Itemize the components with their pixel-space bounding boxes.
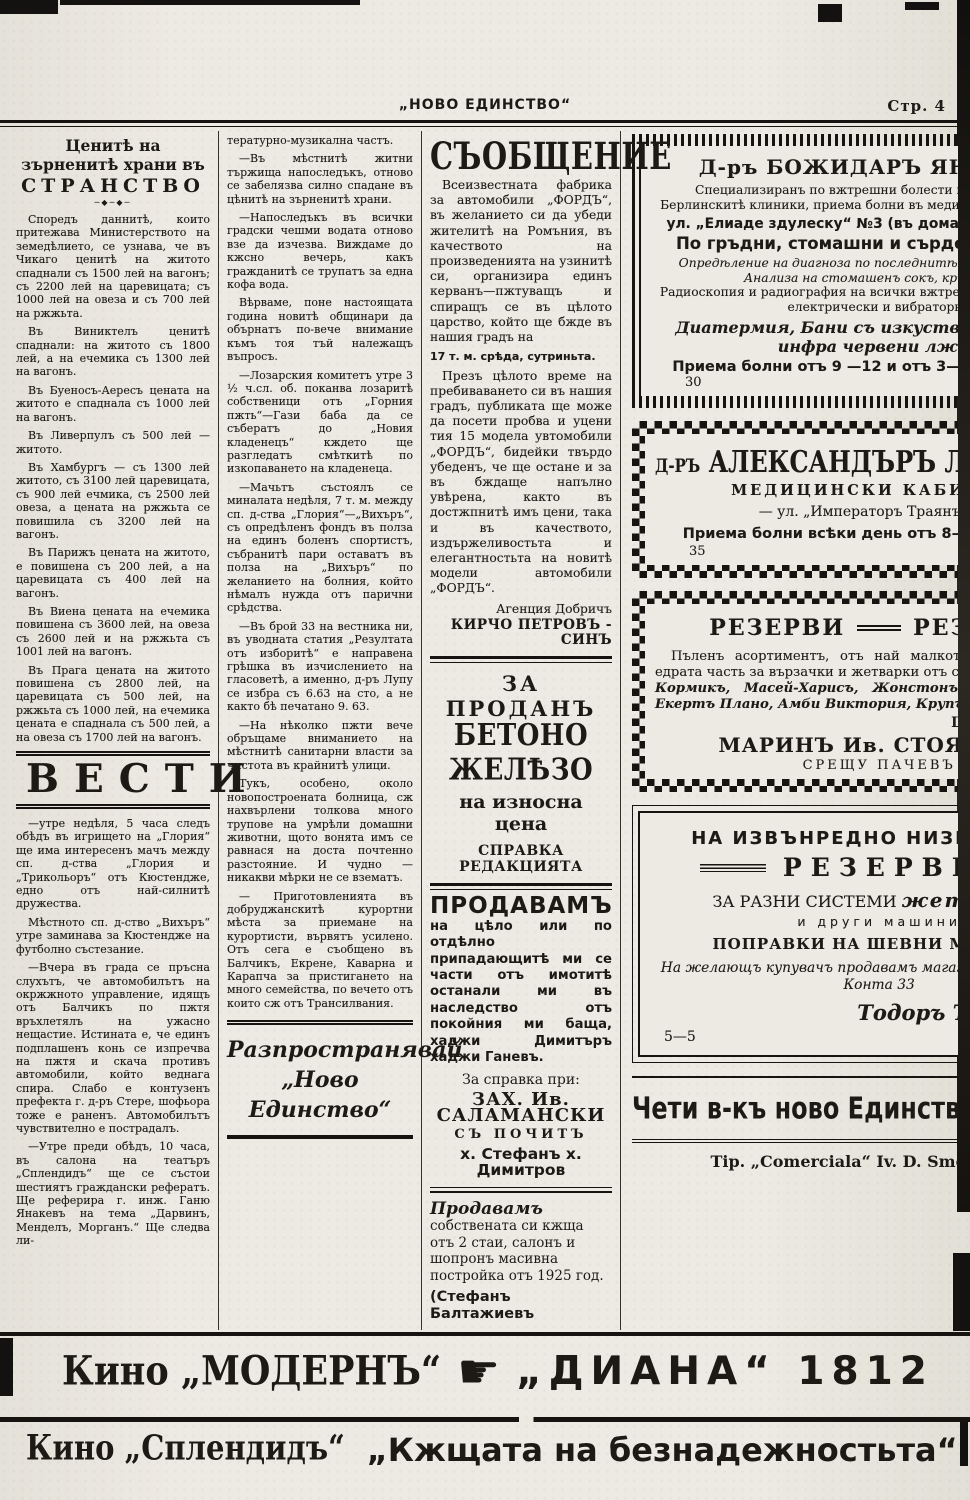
column-2: тературно-музикална частъ. —Въ мѣстнитѣ … — [219, 131, 422, 1330]
ad-rezervi-title: РЕЗЕРВИ РЕЗЕРВИ — [655, 615, 958, 641]
bottom-rule — [0, 1332, 970, 1336]
ad-nizki-line3: ЗА РАЗНИ СИСТЕМИ жетварки — [650, 888, 958, 912]
paragraph: Вѣрваме, поне настоящата година новитѣ о… — [227, 296, 413, 363]
paragraph: Въ Прага цената на житото повишена съ 28… — [16, 664, 210, 744]
ad-doctor-yanakev: Д-ръ БОЖИДАРЪ ЯНАКЕВЪ Специализиранъ по … — [632, 134, 958, 408]
vesti-title: ВЕСТИ — [16, 757, 210, 801]
ad-cabinet-numbers: 35 10—4 — [655, 544, 958, 559]
checkered-border: РЕЗЕРВИ РЕЗЕРВИ Пъленъ асортиментъ, отъ … — [632, 591, 958, 793]
equals-rule — [857, 625, 901, 631]
ad-doctor-line6: Диатермия, Бани съ изкуствено слънце и и… — [651, 318, 958, 356]
paragraph: —утре недѣля, 5 часа следъ обѣдъ въ игри… — [16, 817, 210, 911]
za-prodan-line3: на износна цена — [430, 791, 612, 835]
column-1: Ценитѣ на зърненитѣ храни въ СТРАНСТВО ─… — [8, 131, 219, 1330]
sale-ad-1-sub: СЪ ПОЧИТЪ — [430, 1127, 612, 1143]
sale-ad-2-body: собствената си кжща отъ 2 стаи, салонъ и… — [430, 1218, 604, 1284]
sale-ad-2-text: Продавамъ собствената си кжща отъ 2 стаи… — [430, 1201, 612, 1285]
column-3: СЪОБЩЕНИЕ Всеизвестната фабрика за автом… — [422, 131, 621, 1330]
announcement-title: СЪОБЩЕНИЕ — [430, 134, 612, 178]
paragraph: —Лозарския комитетъ утре 3 ½ ч.сл. об. п… — [227, 369, 413, 476]
ad-rezervi-body: Пъленъ асортиментъ, отъ най малкото шуру… — [655, 649, 958, 714]
paragraph: —Напоследъкъ въ всички градски чешми вод… — [227, 211, 413, 291]
pointing-hand-icon: ☛ — [457, 1352, 500, 1392]
paragraph: —На нѣколко пжти вече обръщаме вниманиет… — [227, 719, 413, 773]
section-rule — [430, 656, 612, 663]
ad-nizki-line4: и други машини — [650, 914, 958, 929]
newspaper-page: „НОВО ЕДИНСТВО“ Стр. 4 Ценитѣ на зърнени… — [0, 0, 970, 1500]
ad-nizki-number: 5—5 — [650, 1029, 958, 1045]
sale-ad-2-lead: Продавамъ — [430, 1199, 543, 1219]
scan-artifact — [960, 1420, 968, 1466]
za-prodan-line1: ЗА ПРОДАНЪ — [430, 671, 612, 721]
cinema-splendid-label: Кино „Сплендидъ“ — [26, 1427, 345, 1468]
ad-doctor-line4: Опредѣление на диагноза по последнитѣ на… — [651, 256, 958, 285]
cinema-splendid-film: „Кжщата на безнадежностьта“ — [367, 1431, 958, 1469]
ad-nizki-line3b: жетварки — [902, 888, 958, 912]
paragraph: Въ Виниктелъ ценитѣ спаднали: на житото … — [16, 325, 210, 379]
cinema-banner-2: Кино „Сплендидъ“ „Кжщата на безнадежност… — [26, 1431, 954, 1469]
ad-nizki-line1: НА ИЗВЪНРЕДНО НИЗКИ ЦѢНИ — [650, 828, 958, 849]
ad-rezervi-title-left: РЕЗЕРВИ — [709, 615, 845, 641]
section-rule — [430, 1187, 612, 1193]
sale-ad-2-signature: (Стефанъ Балтажиевъ — [430, 1289, 612, 1322]
ad-cabinet-address: — ул. „Императоръ Траянъ“ 7 — — [655, 504, 958, 520]
paragraph: Въ Виена цената на ечемика повишена съ 3… — [16, 605, 210, 659]
signature-name: КИРЧО ПЕТРОВЪ - СИНЪ — [430, 618, 612, 648]
sale-ad-1-body: на цѣло или по отдѣлно припадающитѣ ми с… — [430, 919, 612, 1065]
paragraph: —Вчера въ града се пръсна слухътъ, че ав… — [16, 961, 210, 1135]
ad-doctor-line1: Специализиранъ по вжтрешни болести и рад… — [651, 183, 958, 212]
ad-rezervi: РЕЗЕРВИ РЕЗЕРВИ Пъленъ асортиментъ, отъ … — [632, 591, 958, 793]
paragraph: Презъ цѣлото време на пребиваването си в… — [430, 369, 612, 597]
self-promo: Разпространявай „Ново Единство“ — [227, 1020, 413, 1125]
cinema-modern-film: „ДИАНА“ 1812 — [516, 1349, 934, 1394]
scan-artifact — [905, 2, 939, 10]
vesti-header: ВЕСТИ — [16, 751, 210, 809]
paragraph: Въ Буеносъ-Аересъ цената на житото е спа… — [16, 384, 210, 424]
ad-nizki-line5: ПОПРАВКИ НА ШЕВНИ МАШИНИ — [650, 935, 958, 953]
read-newspaper-text: Чети в-къ ново Единство — [632, 1091, 958, 1126]
ad-cabinet-lyubchak: Д-РЪ АЛЕКСАНДЪРЪ ЛЮБЧАКЪ МЕДИЦИНСКИ КАБИ… — [632, 421, 958, 578]
paragraph: Споредъ даннитѣ, които притежава Министе… — [16, 213, 210, 320]
scan-artifact — [957, 0, 970, 1212]
paragraph: —Въ брой 33 на вестника ни, въ уводната … — [227, 620, 413, 714]
paragraph: Всеизвестната фабрика за автомобили „ФОР… — [430, 178, 612, 345]
scan-artifact — [60, 0, 360, 5]
scan-artifact — [0, 0, 58, 14]
ad-doctor-numbers: 30 20—18 — [651, 375, 958, 390]
promo-rule — [227, 1135, 413, 1139]
sale-ad-1-name: ЗАХ. Ив. САЛАМАНСКИ — [430, 1092, 612, 1125]
sale-ad-1-text: ПРОДАВАМЪ на цѣло или по отдѣлно припада… — [430, 898, 612, 1066]
paragraph: —Въ мѣстнитѣ житни тържища напоследъкъ, … — [227, 152, 413, 206]
ad-rezervi-title-right: РЕЗЕРВИ — [913, 615, 958, 641]
banner-divider-rule — [0, 1417, 970, 1422]
article-title-line2: СТРАНСТВО — [16, 175, 210, 197]
sale-ad-1: ПРОДАВАМЪ на цѣло или по отдѣлно припада… — [430, 898, 612, 1179]
ad-nizki-line3a: ЗА РАЗНИ СИСТЕМИ — [712, 892, 896, 911]
ad-doctor-line5: Радиоскопия и радиография на всички вжтр… — [651, 285, 958, 314]
ad-doctor-title: Д-ръ БОЖИДАРЪ ЯНАКЕВЪ — [651, 155, 958, 179]
paragraph: — Приготовленията въ добруджанскитѣ куро… — [227, 890, 413, 1011]
ad-nizki-ceni: НА ИЗВЪНРЕДНО НИЗКИ ЦѢНИ РЕЗЕРВИ ЗА РАЗН… — [632, 805, 958, 1063]
cinema-modern-label: Кино „МОДЕРНЪ“ — [62, 1348, 441, 1395]
columns: Ценитѣ на зърненитѣ храни въ СТРАНСТВО ─… — [8, 131, 958, 1330]
header-rule — [0, 120, 970, 127]
sale-ad-2: Продавамъ собствената си кжща отъ 2 стаи… — [430, 1201, 612, 1323]
sale-ad-1-name2: х. Стефанъ х. Димитров — [430, 1146, 612, 1179]
article-title-line1: Ценитѣ на зърненитѣ храни въ — [16, 136, 210, 174]
ad-nizki-rezervi: РЕЗЕРВИ — [774, 853, 958, 882]
promo-line2: „Ново Единство“ — [227, 1065, 413, 1125]
column-4-ads: Д-ръ БОЖИДАРЪ ЯНАКЕВЪ Специализиранъ по … — [621, 131, 958, 1330]
lined-border: НА ИЗВЪНРЕДНО НИЗКИ ЦѢНИ РЕЗЕРВИ ЗА РАЗН… — [632, 805, 958, 1063]
paragraph: Въ Хамбургъ — съ 1300 лей житото, съ 310… — [16, 461, 210, 541]
ad-number-left: 35 — [689, 544, 706, 559]
page-number: Стр. 4 — [887, 97, 946, 115]
sale-ad-1-ref: За справка при: — [430, 1072, 612, 1088]
scan-artifact — [0, 1338, 13, 1396]
read-newspaper-banner: Чети в-къ ново Единство — [632, 1076, 958, 1131]
ornament-icon: ─◆─◆─ — [16, 198, 210, 207]
za-prodan-ad: ЗА ПРОДАНЪ БЕТОНО ЖЕЛѢЗО на износна цена… — [430, 671, 612, 875]
announcement-date: 17 т. м. срѣда, сутриньта. — [430, 350, 612, 363]
ad-rezervi-note: Ще намѣрите при: — [655, 715, 958, 731]
ad-doctor-specialty: По гръдни, стомашни и сърдечни болести — [651, 234, 958, 253]
promo-line1: Разпространявай — [227, 1035, 413, 1065]
ad-doctor-hours: Приема болни отъ 9 —12 и отъ 3—8 следъ о… — [651, 359, 958, 375]
ad-cabinet-hours: Приема болни всѣки день отъ 8—12 и отъ 3… — [655, 526, 958, 542]
masthead-title: „НОВО ЕДИНСТВО“ — [399, 97, 571, 113]
checkered-border: Д-РЪ АЛЕКСАНДЪРЪ ЛЮБЧАКЪ МЕДИЦИНСКИ КАБИ… — [632, 421, 958, 578]
ad-cabinet-title-name: АЛЕКСАНДЪРЪ ЛЮБЧАКЪ — [709, 443, 958, 479]
paragraph: Тукъ, особено, около новопостроената бол… — [227, 777, 413, 884]
ad-doctor-content: Д-ръ БОЖИДАРЪ ЯНАКЕВЪ Специализиранъ по … — [641, 146, 958, 396]
ad-cabinet-subtitle: МЕДИЦИНСКИ КАБИНЕТЪ — [655, 482, 958, 499]
za-prodan-line4: СПРАВКА РЕДАКЦИЯТА — [430, 843, 612, 875]
ad-cabinet-title: Д-РЪ АЛЕКСАНДЪРЪ ЛЮБЧАКЪ — [655, 443, 958, 479]
ad-doctor-address: ул. „Елиаде здулеску“ №3 (въ дома на В. … — [651, 216, 958, 232]
paragraph: —Мачьтъ състоялъ се миналата недѣля, 7 т… — [227, 481, 413, 615]
paragraph: тературно-музикална частъ. — [227, 134, 413, 147]
ad-cabinet-content: Д-РЪ АЛЕКСАНДЪРЪ ЛЮБЧАКЪ МЕДИЦИНСКИ КАБИ… — [645, 434, 958, 565]
ad-cabinet-title-prefix: Д-РЪ — [655, 454, 700, 477]
speed-lines-icon — [700, 864, 766, 872]
ad-rezervi-sub: СРЕЩУ ПАЧЕВЪ — [655, 758, 958, 773]
section-rule — [430, 883, 612, 890]
ad-rezervi-name: МАРИНЪ Ив. СТОЯНОВЪ — [655, 733, 958, 757]
ad-nizki-signature: Тодоръ Т. Димчевъ — [650, 1000, 958, 1025]
za-prodan-line2: БЕТОНО ЖЕЛѢЗО — [430, 719, 612, 788]
scan-artifact — [818, 4, 842, 22]
signature-agency: Агенция Добричъ — [430, 602, 612, 617]
paragraph: Мѣстното сп. д-ство „Вихъръ“ утре замина… — [16, 916, 210, 956]
print-house-line: Tip. „Comerciala“ Iv. D. Smocof & Co. — [632, 1139, 958, 1171]
cinema-banner-1: Кино „МОДЕРНЪ“ ☛ „ДИАНА“ 1812 — [62, 1349, 946, 1394]
ad-nizki-line6: На желающъ купувачъ продавамъ магазина с… — [650, 960, 958, 994]
sale-ad-1-lead: ПРОДАВАМЪ — [430, 893, 613, 919]
masthead: „НОВО ЕДИНСТВО“ Стр. 4 — [0, 97, 970, 113]
ad-nizki-title-row: РЕЗЕРВИ — [650, 853, 958, 882]
ad-number-left: 30 — [685, 375, 702, 390]
hatched-border: Д-ръ БОЖИДАРЪ ЯНАКЕВЪ Специализиранъ по … — [632, 134, 958, 408]
paragraph: Въ Ливерпулъ съ 500 лей —житото. — [16, 429, 210, 456]
ad-rezervi-content: РЕЗЕРВИ РЕЗЕРВИ Пъленъ асортиментъ, отъ … — [645, 604, 958, 780]
lined-border-inner: НА ИЗВЪНРЕДНО НИЗКИ ЦѢНИ РЕЗЕРВИ ЗА РАЗН… — [638, 811, 958, 1057]
paragraph: Въ Парижъ цената на житото, е повишена с… — [16, 546, 210, 600]
ad-rezervi-text: Пъленъ асортиментъ, отъ най малкото шуру… — [655, 649, 958, 680]
ad-nizki-content: НА ИЗВЪНРЕДНО НИЗКИ ЦѢНИ РЕЗЕРВИ ЗА РАЗН… — [640, 813, 958, 1055]
paragraph: —Утре преди обѣдъ, 10 часа, въ салона на… — [16, 1140, 210, 1247]
